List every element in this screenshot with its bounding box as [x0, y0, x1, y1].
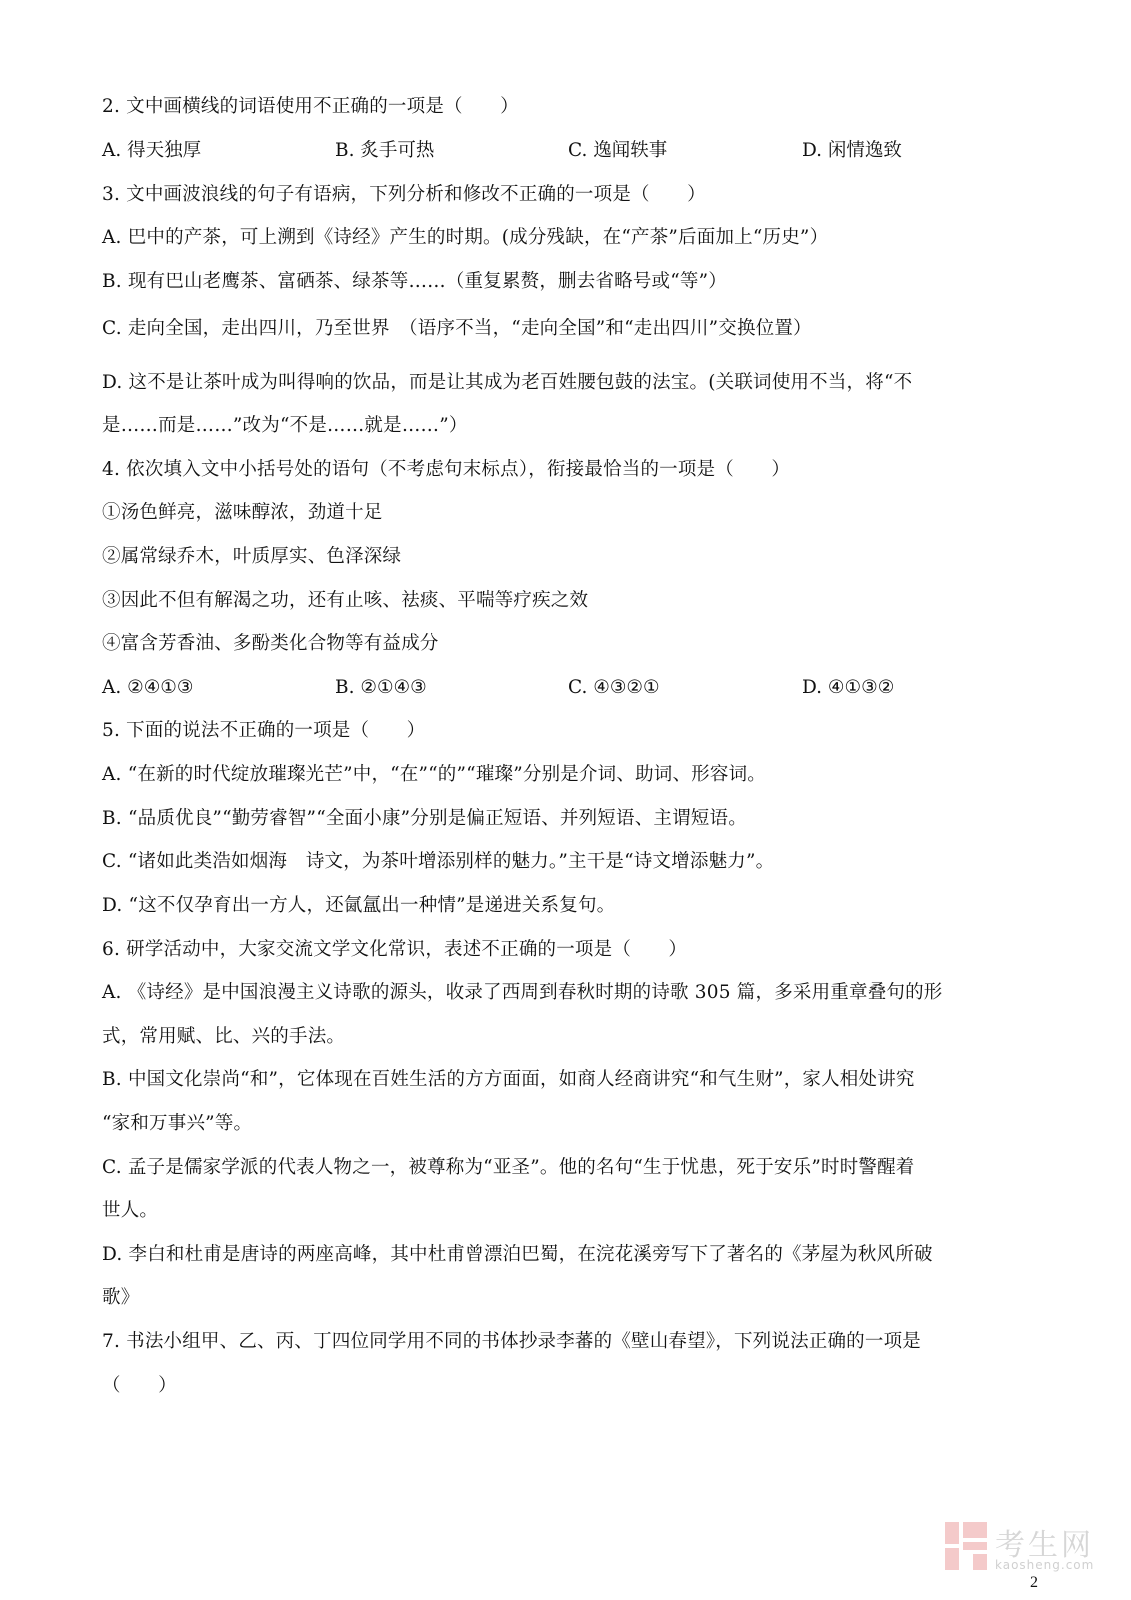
option-d: D. 闲情逸致: [802, 139, 902, 163]
question-6-stem: 6. 研学活动中，大家交流文学文化常识，表述不正确的一项是（ ）: [102, 938, 687, 962]
option-d: D. ④①③②: [802, 676, 894, 700]
question-5-option-d: D. “这不仅孕育出一方人，还氤氲出一种情”是递进关系复句。: [102, 894, 615, 918]
option-b: B. 炙手可热: [335, 139, 434, 163]
question-4-stem: 4. 依次填入文中小括号处的语句（不考虑句末标点），衔接最恰当的一项是（ ）: [102, 458, 790, 482]
question-4-sentence-1: ①汤色鲜亮，滋味醇浓，劲道十足: [102, 501, 383, 525]
question-5-option-b: B. “品质优良”“勤劳睿智”“全面小康”分别是偏正短语、并列短语、主谓短语。: [102, 807, 747, 831]
watermark-url: kaosheng.com: [995, 1558, 1094, 1572]
page-number: 2: [1030, 1574, 1038, 1592]
question-4-sentence-2: ②属常绿乔木，叶质厚实、色泽深绿: [102, 545, 401, 569]
option-b: B. ②①④③: [335, 676, 427, 700]
question-2-stem: 2. 文中画横线的词语使用不正确的一项是（ ）: [102, 95, 519, 119]
option-c: C. ④③②①: [568, 676, 660, 700]
option-a: A. 得天独厚: [102, 139, 201, 163]
question-4-sentence-4: ④富含芳香油、多酚类化合物等有益成分: [102, 632, 439, 656]
question-3-option-d-line2: 是……而是……”改为“不是……就是……”）: [102, 414, 468, 438]
question-6-option-c-line1: C. 孟子是儒家学派的代表人物之一，被尊称为“亚圣”。他的名句“生于忧患，死于安…: [102, 1156, 915, 1180]
question-6-option-a-line2: 式，常用赋、比、兴的手法。: [102, 1025, 345, 1049]
question-5-option-c: C. “诸如此类浩如烟海 诗文，为茶叶增添别样的魅力。”主干是“诗文增添魅力”。: [102, 850, 774, 874]
question-3-stem: 3. 文中画波浪线的句子有语病，下列分析和修改不正确的一项是（ ）: [102, 183, 706, 207]
question-3-option-a: A. 巴中的产茶，可上溯到《诗经》产生的时期。(成分残缺，在“产茶”后面加上“历…: [102, 226, 828, 250]
option-c: C. 逸闻轶事: [568, 139, 667, 163]
question-5-stem: 5. 下面的说法不正确的一项是（ ）: [102, 719, 425, 743]
question-6-option-a-line1: A. 《诗经》是中国浪漫主义诗歌的源头，收录了西周到春秋时期的诗歌 305 篇，…: [102, 981, 943, 1005]
question-4-sentence-3: ③因此不但有解渴之功，还有止咳、祛痰、平喘等疗疾之效: [102, 589, 588, 613]
question-7-stem-line2: （ ）: [102, 1374, 177, 1398]
question-7-stem-line1: 7. 书法小组甲、乙、丙、丁四位同学用不同的书体抄录李蕃的《壁山春望》，下列说法…: [102, 1330, 921, 1354]
question-5-option-a: A. “在新的时代绽放璀璨光芒”中，“在”“的”“璀璨”分别是介词、助词、形容词…: [102, 763, 766, 787]
question-3-option-b: B. 现有巴山老鹰茶、富硒茶、绿茶等……（重复累赘，删去省略号或“等”）: [102, 270, 727, 294]
question-3-option-d-line1: D. 这不是让茶叶成为叫得响的饮品，而是让其成为老百姓腰包鼓的法宝。(关联词使用…: [102, 371, 912, 395]
question-6-option-c-line2: 世人。: [102, 1199, 158, 1223]
question-3-option-c: C. 走向全国，走出四川，乃至世界 （语序不当，“走向全国”和“走出四川”交换位…: [102, 317, 812, 341]
kaosheng-logo-icon: [945, 1522, 987, 1570]
question-6-option-d-line1: D. 李白和杜甫是唐诗的两座高峰，其中杜甫曾漂泊巴蜀，在浣花溪旁写下了著名的《茅…: [102, 1243, 933, 1267]
question-6-option-b-line2: “家和万事兴”等。: [102, 1112, 252, 1136]
option-a: A. ②④①③: [102, 676, 193, 700]
question-6-option-d-line2: 歌》: [102, 1286, 139, 1310]
question-6-option-b-line1: B. 中国文化崇尚“和”，它体现在百姓生活的方方面面，如商人经商讲究“和气生财”…: [102, 1068, 915, 1092]
watermark: 考生网 kaosheng.com: [945, 1520, 1125, 1580]
